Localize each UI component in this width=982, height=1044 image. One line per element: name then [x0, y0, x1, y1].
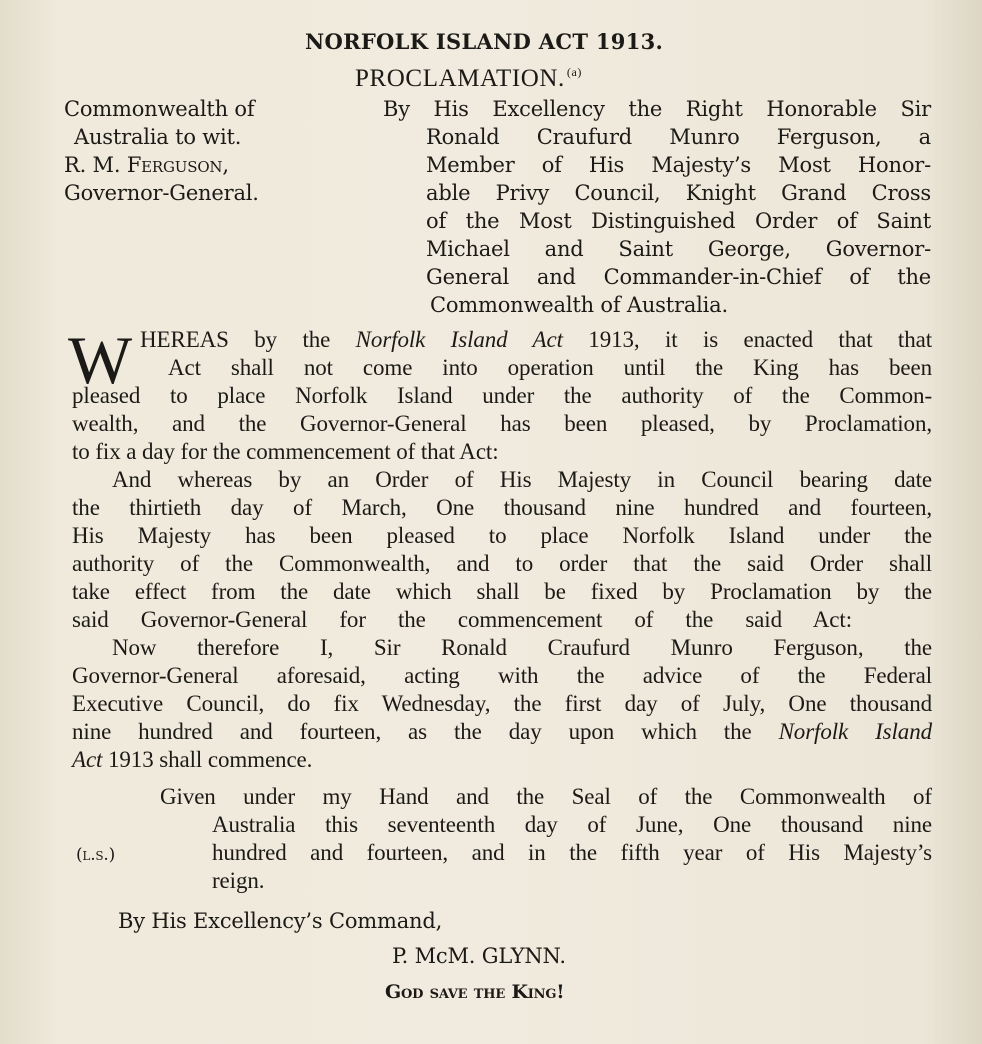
given-line: reign.: [212, 867, 264, 895]
sidebar-signatory: R. M. Ferguson,: [64, 151, 229, 179]
italic-act-name: Norfolk Island Act: [356, 327, 563, 352]
command-line: By His Excellency’s Command,: [118, 907, 442, 935]
proclamation-label: PROCLAMATION.: [355, 65, 565, 92]
preamble-line: Ronald Craufurd Munro Ferguson, a: [426, 123, 931, 151]
whereas-line: HEREAS by the Norfolk Island Act 1913, i…: [140, 326, 932, 354]
given-line: hundred and fourteen, and in the fifth y…: [212, 839, 932, 867]
order-line: His Majesty has been pleased to place No…: [72, 522, 932, 550]
act-title: NORFOLK ISLAND ACT 1913.: [305, 28, 663, 56]
order-line: take effect from the date which shall be…: [72, 578, 932, 606]
proclamation-heading: PROCLAMATION.(a): [355, 58, 582, 93]
preamble-line: of the Most Distinguished Order of Saint: [426, 207, 931, 235]
drop-cap: W: [68, 330, 132, 390]
now-therefore-line: nine hundred and fourteen, as the day up…: [72, 718, 932, 746]
order-line: And whereas by an Order of His Majesty i…: [112, 466, 932, 494]
whereas-line: wealth, and the Governor-General has bee…: [72, 410, 932, 438]
now-therefore-line: Executive Council, do fix Wednesday, the…: [72, 690, 932, 718]
now-therefore-line: Act 1913 shall commence.: [72, 746, 312, 774]
italic-act-name: Act: [72, 747, 102, 772]
seal-mark: (l.s.): [76, 841, 115, 869]
sidebar-line: Australia to wit.: [74, 123, 241, 151]
preamble-line: Commonwealth of Australia.: [430, 291, 728, 319]
text: 1913, it is enacted that that: [563, 327, 932, 352]
whereas-line: Act shall not come into operation until …: [168, 354, 932, 382]
italic-act-name: Norfolk Island: [779, 719, 932, 744]
preamble-line: Michael and Saint George, Governor-: [426, 235, 931, 263]
closing-line: God save the King!: [385, 978, 564, 1006]
document-page: NORFOLK ISLAND ACT 1913. PROCLAMATION.(a…: [0, 0, 982, 1044]
sidebar-line: Governor-General.: [64, 179, 259, 207]
given-line: Australia this seventeenth day of June, …: [212, 811, 932, 839]
order-line: said Governor-General for the commenceme…: [72, 606, 852, 634]
whereas-line: pleased to place Norfolk Island under th…: [72, 382, 932, 410]
order-line: the thirtieth day of March, One thousand…: [72, 494, 932, 522]
signatory: P. McM. GLYNN.: [392, 942, 566, 970]
text: 1913 shall commence.: [102, 747, 312, 772]
whereas-line: to fix a day for the commencement of tha…: [72, 438, 499, 466]
given-line: Given under my Hand and the Seal of the …: [160, 783, 932, 811]
preamble-line: General and Commander-in-Chief of the: [426, 263, 931, 291]
footnote-marker: (a): [567, 65, 582, 79]
now-therefore-line: Now therefore I, Sir Ronald Craufurd Mun…: [112, 634, 932, 662]
order-line: authority of the Commonwealth, and to or…: [72, 550, 932, 578]
preamble-line: able Privy Council, Knight Grand Cross: [426, 179, 931, 207]
text: nine hundred and fourteen, as the day up…: [72, 719, 779, 744]
preamble-line: Member of His Majesty’s Most Honor-: [426, 151, 931, 179]
preamble-line: By His Excellency the Right Honorable Si…: [383, 95, 931, 123]
text: HEREAS by the: [140, 327, 356, 352]
sidebar-line: Commonwealth of: [64, 95, 254, 123]
now-therefore-line: Governor-General aforesaid, acting with …: [72, 662, 932, 690]
